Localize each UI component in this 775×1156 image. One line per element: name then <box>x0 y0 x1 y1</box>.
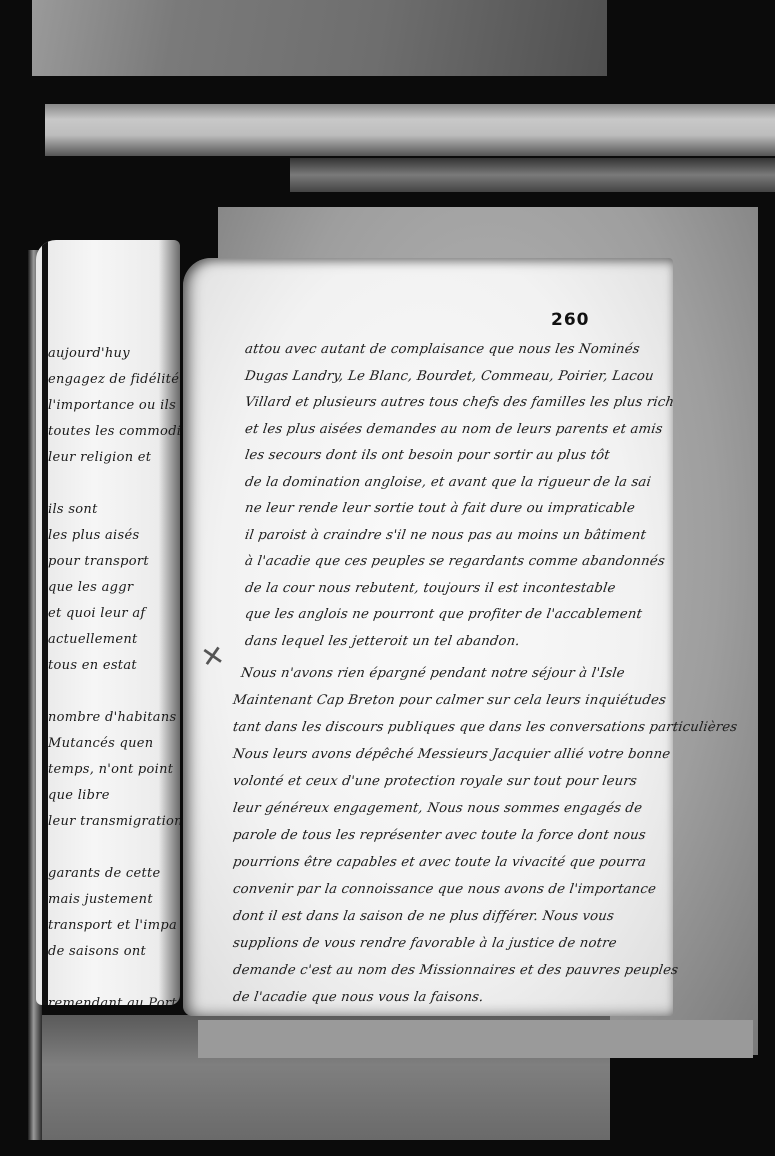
manuscript-line: dont il est dans la saison de ne plus di… <box>232 909 615 924</box>
manuscript-line: il paroist à craindre s'il ne nous pas a… <box>244 528 647 543</box>
manuscript-line: leur généreux engagement, Nous nous somm… <box>232 801 643 816</box>
film-strip-second <box>45 104 775 156</box>
margin-mark: ✕ <box>198 638 227 675</box>
fragment-line: l'importance ou ils <box>48 398 176 413</box>
fragment-line: aujourd'huy <box>48 346 130 361</box>
fragment-line: de saisons ont <box>48 944 146 959</box>
manuscript-line: volonté et ceux d'une protection royale … <box>232 774 638 789</box>
fragment-line: toutes les commodités <box>48 424 180 439</box>
manuscript-line: convenir par la connoissance que nous av… <box>232 882 657 897</box>
fragment-line: que les aggr <box>48 580 133 595</box>
fragment-line: pour transport <box>48 554 149 569</box>
manuscript-line: attou avec autant de complaisance que no… <box>244 342 641 357</box>
manuscript-line: demande c'est au nom des Missionnaires e… <box>232 963 679 978</box>
fragment-line: Mutancés quen <box>48 736 153 751</box>
manuscript-line: ne leur rende leur sortie tout à fait du… <box>244 501 636 516</box>
bottom-board-edge <box>198 1020 753 1058</box>
fragment-line: tous en estat <box>48 658 137 673</box>
fragment-line: les plus aisés <box>48 528 139 543</box>
manuscript-line: tant dans les discours publiques que dan… <box>232 720 738 735</box>
main-manuscript-page: 260 ✕ attou avec autant de complaisance … <box>183 258 673 1016</box>
manuscript-line: Nous n'avons rien épargné pendant notre … <box>240 666 626 681</box>
manuscript-line: de la domination angloise, et avant que … <box>244 475 652 490</box>
film-strip-third <box>290 158 775 192</box>
manuscript-line: pourrions être capables et avec toute la… <box>232 855 647 870</box>
fragment-line: et quoi leur af <box>48 606 146 621</box>
manuscript-line: les secours dont ils ont besoin pour sor… <box>244 448 611 463</box>
manuscript-line: que les anglois ne pourront que profiter… <box>244 607 643 622</box>
manuscript-line: Dugas Landry, Le Blanc, Bourdet, Commeau… <box>244 369 655 384</box>
manuscript-line: supplions de vous rendre favorable à la … <box>232 936 618 951</box>
left-page-fragment: aujourd'huyengagez de fidélitél'importan… <box>36 240 180 1005</box>
fragment-line: nombre d'habitans <box>48 710 177 725</box>
fragment-line: que libre <box>48 788 110 803</box>
fragment-line: leur religion et <box>48 450 151 465</box>
fragment-line: mais justement <box>48 892 153 907</box>
manuscript-line: Nous leurs avons dépêché Messieurs Jacqu… <box>232 747 671 762</box>
manuscript-line: à l'acadie que ces peuples se regardants… <box>244 554 666 569</box>
manuscript-line: Villard et plusieurs autres tous chefs d… <box>244 395 675 410</box>
manuscript-line: Maintenant Cap Breton pour calmer sur ce… <box>232 693 667 708</box>
fragment-line: ils sont <box>48 502 98 517</box>
manuscript-line: parole de tous les représenter avec tout… <box>232 828 647 843</box>
fragment-line: garants de cette <box>48 866 161 881</box>
film-strip-top <box>32 0 607 76</box>
fragment-line: actuellement <box>48 632 138 647</box>
fragment-line: transport et l'impa <box>48 918 177 933</box>
fragment-line: temps, n'ont point <box>48 762 173 777</box>
manuscript-line: et les plus aisées demandes au nom de le… <box>244 422 664 437</box>
fragment-line: remendant au Port <box>48 996 177 1005</box>
fragment-line: engagez de fidélité <box>48 372 179 387</box>
manuscript-line: de la cour nous rebutent, toujours il es… <box>244 581 617 596</box>
fragment-line: leur transmigration <box>48 814 180 829</box>
manuscript-line: dans lequel les jetteroit un tel abandon… <box>244 634 521 649</box>
page-number: 260 <box>551 310 590 330</box>
manuscript-line: de l'acadie que nous vous la faisons. <box>232 990 485 1005</box>
